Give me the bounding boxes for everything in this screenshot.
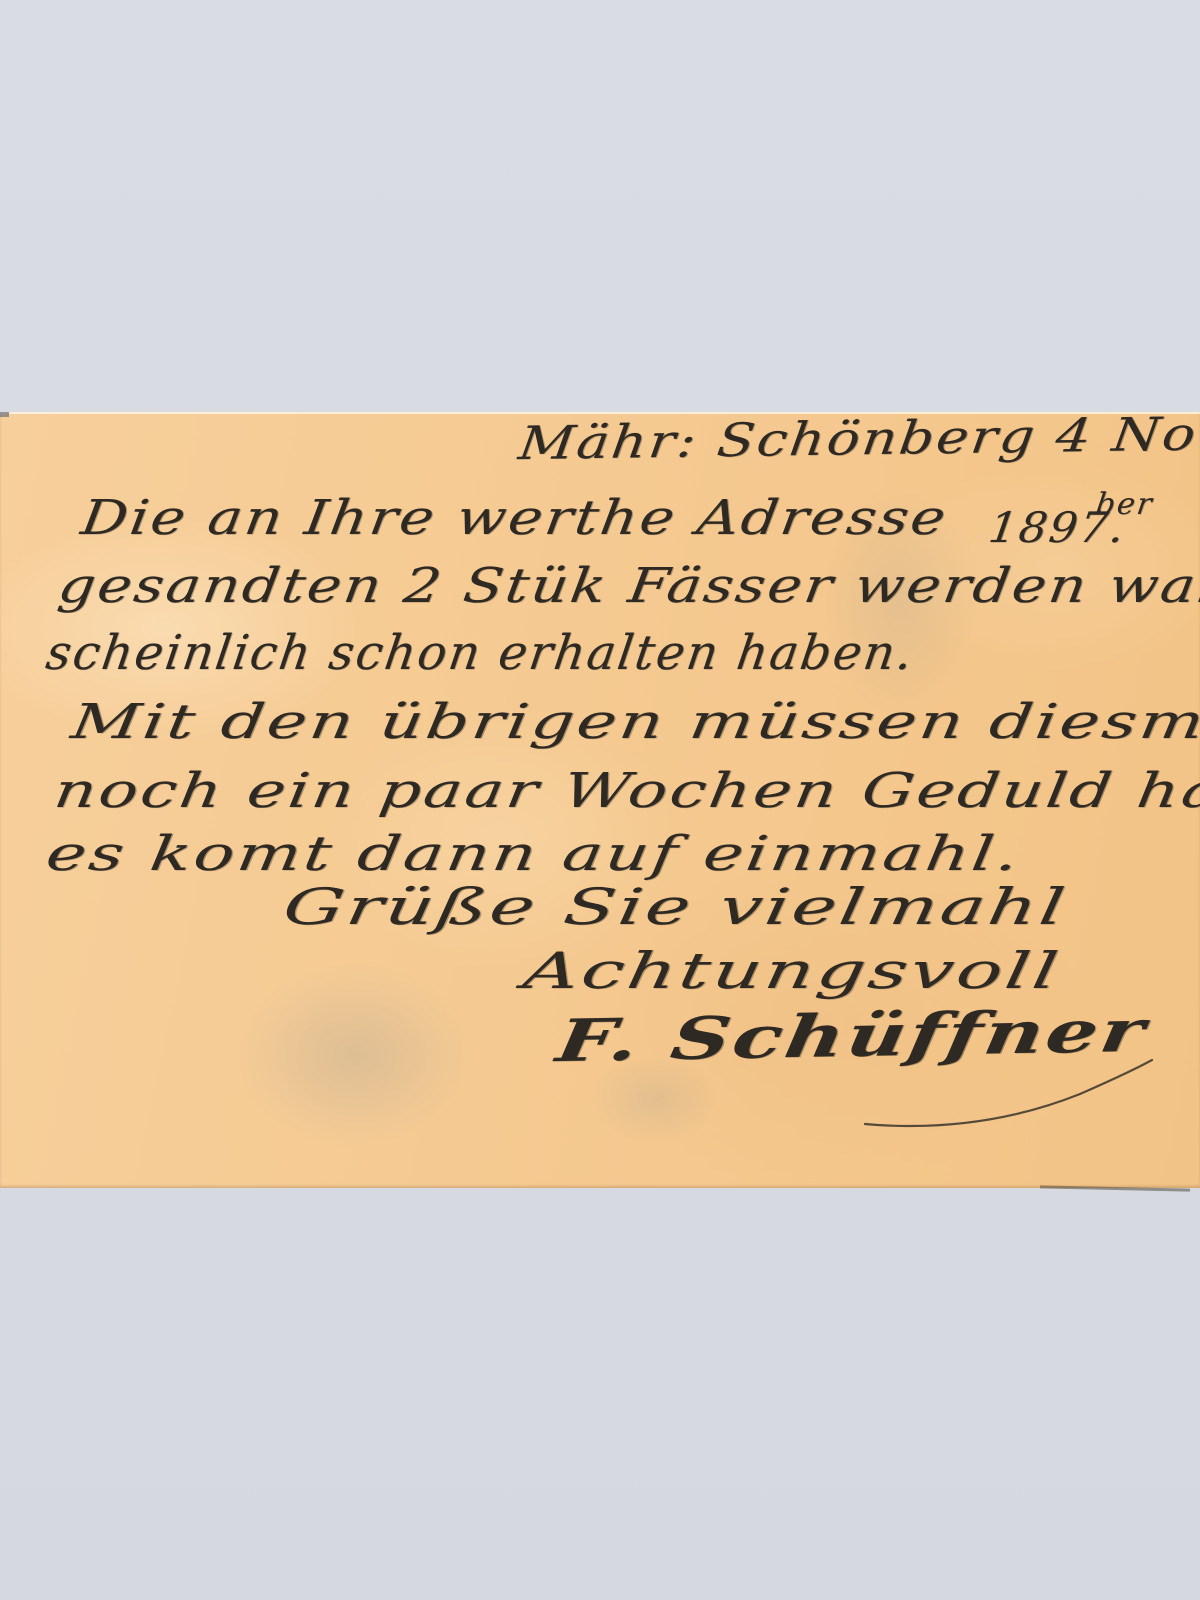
signature-flourish (420, 1022, 1180, 1152)
scan-background: Mähr: Schönberg 4 Novem ber 1897. Die an… (0, 0, 1200, 1600)
body-line: scheinlich schon erhalten haben. (43, 629, 917, 677)
body-line: es komt dann auf einmahl. (43, 830, 1024, 878)
dateline-year: 1897. (986, 507, 1129, 549)
dateline-place-date: Mähr: Schönberg 4 Novem (516, 409, 1200, 466)
card-edge-notch (0, 412, 9, 417)
body-line: gesandten 2 Stük Fässer werden wahr- (55, 562, 1200, 610)
closing-greeting: Grüße Sie vielmahl (280, 882, 1071, 932)
postcard: Mähr: Schönberg 4 Novem ber 1897. Die an… (0, 412, 1200, 1188)
body-line: noch ein paar Wochen Geduld haben (51, 767, 1200, 815)
card-bottom-edge-shadow (1040, 1185, 1190, 1191)
body-line: Mit den übrigen müssen diesmahl (68, 698, 1200, 746)
closing-valediction: Achtungsvoll (520, 946, 1064, 996)
body-line: Die an Ihre werthe Adresse (78, 494, 951, 542)
